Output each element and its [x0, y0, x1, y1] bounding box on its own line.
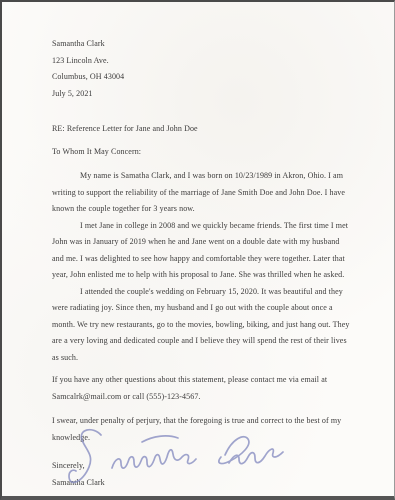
sender-address-line1: 123 Lincoln Ave.: [52, 53, 352, 70]
letter-date: July 5, 2021: [52, 86, 352, 103]
scanned-letter-page: Samantha Clark 123 Lincoln Ave. Columbus…: [0, 0, 395, 500]
sender-name: Samantha Clark: [52, 36, 352, 53]
contact-paragraph: If you have any other questions about th…: [52, 372, 352, 405]
sender-address-line2: Columbus, OH 43004: [52, 69, 352, 86]
letter-content: Samantha Clark 123 Lincoln Ave. Columbus…: [52, 36, 352, 491]
body-paragraph-2: I met Jane in college in 2008 and we qui…: [52, 218, 352, 284]
handwritten-signature: [57, 426, 287, 498]
body-paragraph-1: My name is Samatha Clark, and I was born…: [52, 168, 352, 218]
signature-ink-icon: [57, 426, 287, 498]
salutation: To Whom It May Concern:: [52, 144, 352, 161]
signature-strokes: [69, 430, 283, 483]
sender-block: Samantha Clark 123 Lincoln Ave. Columbus…: [52, 36, 352, 102]
body-paragraph-3: I attended the couple's wedding on Febru…: [52, 284, 352, 367]
subject-line: RE: Reference Letter for Jane and John D…: [52, 121, 352, 138]
